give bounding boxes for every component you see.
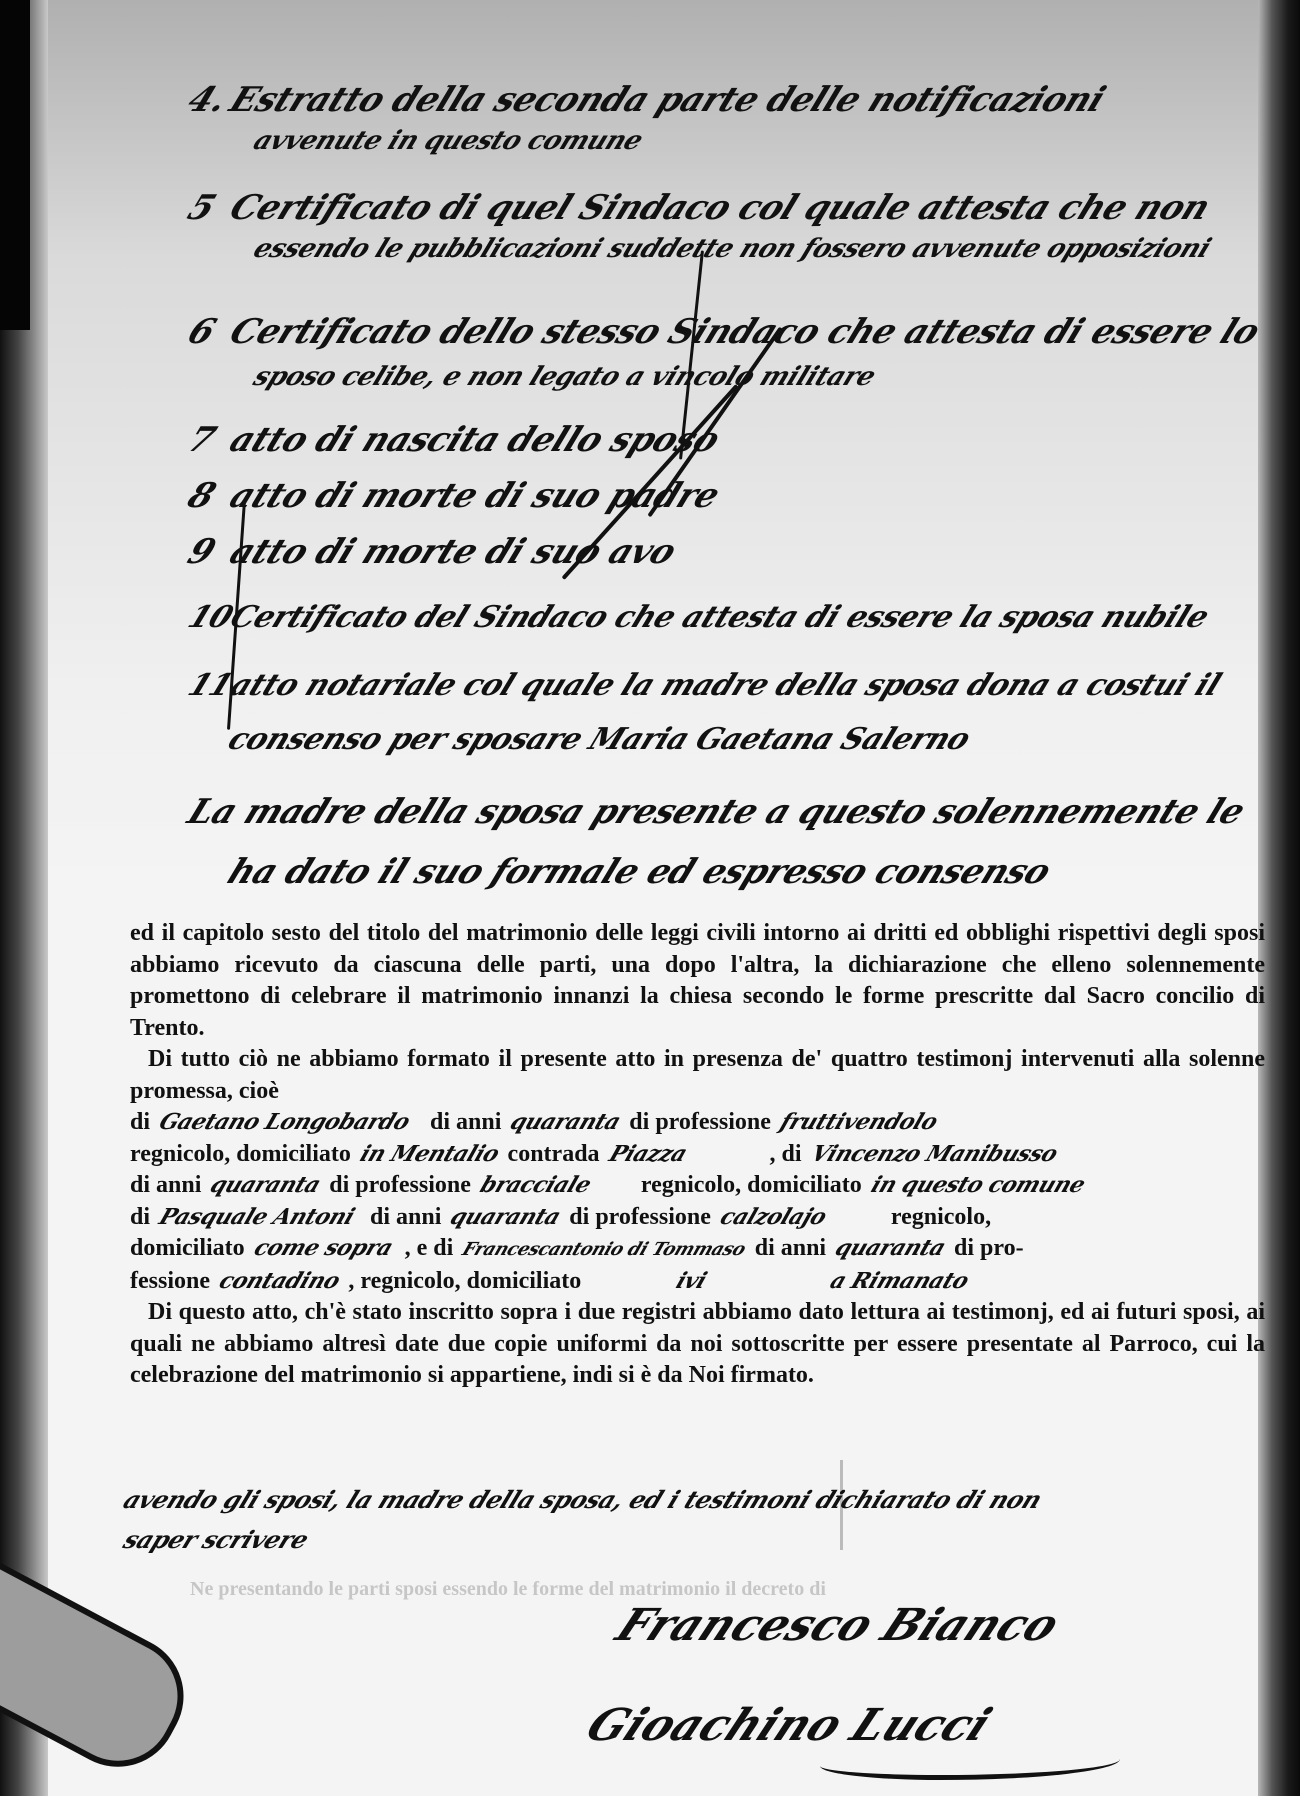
list-item-10: 10Certificato del Sindaco che attesta di…	[183, 600, 1214, 635]
label: di	[130, 1109, 150, 1135]
list-text: Certificato del Sindaco che attesta di e…	[225, 600, 1214, 635]
label: di anni	[755, 1235, 826, 1261]
label: regnicolo,	[891, 1204, 991, 1230]
label: di	[130, 1204, 150, 1230]
list-item-7: 7atto di nascita dello sposo	[182, 420, 725, 460]
handwritten-closing-line2: saper scrivere	[119, 1525, 313, 1554]
list-item-5: 5Certificato di quel Sindaco col quale a…	[182, 188, 1216, 228]
list-item-6: 6Certificato dello stesso Sindaco che at…	[182, 312, 1265, 352]
list-text: Certificato di quel Sindaco col quale at…	[224, 188, 1216, 228]
witness-4-name: Francescantonio di Tommaso	[458, 1234, 751, 1266]
witness-1-profession: fruttivendolo	[775, 1107, 942, 1139]
label: regnicolo, domiciliato	[130, 1141, 351, 1167]
list-item-5-continuation: essendo le pubblicazioni suddette non fo…	[249, 234, 1215, 264]
list-item-4-continuation: avvenute in questo comune	[249, 126, 647, 156]
witness-line-2: regnicolo, domiciliato in Mentalio contr…	[130, 1139, 1265, 1171]
witness-line-3: di anni quaranta di professione braccial…	[130, 1170, 1265, 1202]
list-item-8: 8atto di morte di suo padre	[182, 476, 725, 516]
label: fessione	[130, 1268, 210, 1294]
witness-2-name: Vincenzo Manibusso	[806, 1139, 1062, 1171]
label: regnicolo, domiciliato	[641, 1172, 862, 1198]
label: di	[782, 1141, 802, 1167]
label: , e di	[405, 1235, 454, 1261]
witness-2-profession: bracciale	[475, 1170, 636, 1202]
witness-1-age: quaranta	[506, 1107, 625, 1139]
label: di anni	[130, 1172, 201, 1198]
list-item-4: 4.Estratto della seconda parte delle not…	[182, 80, 1111, 120]
label: regnicolo, domiciliato	[360, 1268, 581, 1294]
label: di anni	[430, 1109, 501, 1135]
signature-2: Gioachino Lucci	[578, 1700, 999, 1751]
label: di professione	[329, 1172, 471, 1198]
printed-paragraph-3: Di questo atto, ch'è stato inscritto sop…	[130, 1297, 1265, 1392]
list-text: Certificato dello stesso Sindaco che att…	[224, 312, 1265, 352]
handwritten-closing-line1: avendo gli sposi, la madre della sposa, …	[119, 1485, 1046, 1514]
label: domiciliato	[130, 1235, 245, 1261]
bleed-through-text: Ne presentando le parti sposi essendo le…	[190, 1578, 1250, 1601]
witness-1-domicile: in Mentalio	[355, 1139, 503, 1171]
witness-2-age: quaranta	[206, 1170, 325, 1202]
binding-shadow	[0, 0, 30, 330]
witness-line-1: di Gaetano Longobardo di anni quaranta d…	[130, 1107, 1265, 1139]
printed-text-block: ed il capitolo sesto del titolo del matr…	[130, 918, 1265, 1392]
witness-line-5: domiciliato come sopra , e di Francescan…	[130, 1233, 1265, 1266]
witness-3-domicile: come sopra	[249, 1233, 400, 1265]
witness-4-age: quaranta	[830, 1233, 949, 1265]
page-edge-right	[1258, 0, 1300, 1796]
list-text: Estratto della seconda parte delle notif…	[224, 80, 1111, 120]
signature-flourish	[820, 1745, 1120, 1780]
label: di pro-	[954, 1235, 1024, 1261]
label: contrada	[508, 1141, 600, 1167]
label: di anni	[370, 1204, 441, 1230]
witness-3-profession: calzolajo	[715, 1202, 886, 1234]
witness-4-profession: contadino	[214, 1266, 344, 1298]
witness-3-name: Pasquale Antoni	[154, 1202, 365, 1234]
witness-1-name: Gaetano Longobardo	[154, 1107, 425, 1139]
printed-paragraph-2: Di tutto ciò ne abbiamo formato il prese…	[130, 1044, 1265, 1107]
witness-4-domicile: ivi	[672, 1266, 823, 1298]
list-item-11: 11.atto notariale col quale la madre del…	[183, 668, 1226, 703]
signature-1: Francesco Bianco	[608, 1600, 1067, 1651]
list-text: atto notariale col quale la madre della …	[225, 668, 1226, 703]
handwritten-note-line2: ha dato il suo formale ed espresso conse…	[222, 852, 1056, 892]
witness-3-age: quaranta	[446, 1202, 565, 1234]
list-item-11-continuation: consenso per sposare Maria Gaetana Saler…	[223, 722, 975, 757]
handwritten-note-line1: La madre della sposa presente a questo s…	[182, 792, 1251, 832]
witness-line-4: di Pasquale Antoni di anni quaranta di p…	[130, 1202, 1265, 1234]
printed-paragraph-1: ed il capitolo sesto del titolo del matr…	[130, 918, 1265, 1044]
witness-line-6: fessione contadino , regnicolo, domicili…	[130, 1266, 1265, 1298]
document-page: 4.Estratto della seconda parte delle not…	[0, 0, 1300, 1796]
list-item-9: 9atto di morte di suo avo	[182, 532, 682, 572]
witness-4-locality: a Rimanato	[826, 1266, 974, 1298]
list-item-6-continuation: sposo celibe, e non legato a vincolo mil…	[249, 362, 880, 392]
witness-1-street: Piazza	[604, 1139, 765, 1171]
label: di professione	[629, 1109, 771, 1135]
witness-2-domicile: in questo comune	[866, 1170, 1089, 1202]
list-text: atto di morte di suo avo	[224, 532, 682, 572]
label: di professione	[569, 1204, 711, 1230]
list-text: atto di nascita dello sposo	[224, 420, 725, 460]
